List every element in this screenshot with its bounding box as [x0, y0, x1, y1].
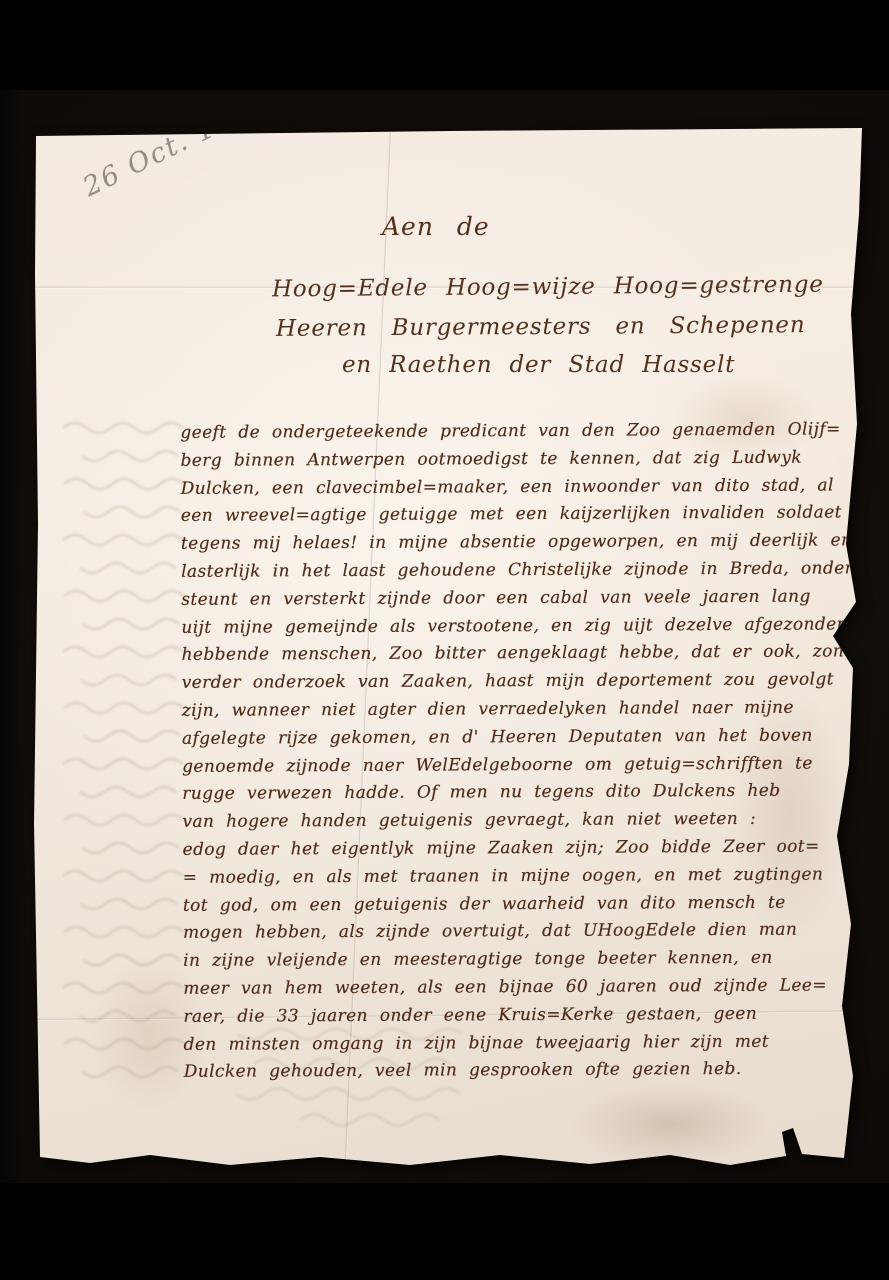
body-line: den minsten omgang in zijn bijnae tweeja… — [183, 1028, 873, 1059]
body-line: geeft de ondergeteekende predicant van d… — [180, 416, 870, 447]
salutation: Aen de — [382, 212, 490, 241]
body-line: meer van hem weeten, als een bijnae 60 j… — [183, 972, 873, 1003]
body-line: Dulcken gehouden, veel min gesprooken of… — [184, 1056, 874, 1087]
body-line: hebbende menschen, Zoo bitter aengeklaag… — [181, 639, 871, 670]
body-line: zijn, wanneer niet agter dien verraedely… — [182, 694, 872, 725]
body-line: lasterlijk in het laast gehoudene Christ… — [181, 555, 871, 586]
body-line: uijt mijne gemeijnde als verstootene, en… — [181, 611, 871, 642]
photo-frame: 26 Oct. 1774 Aen de Hoog=Edele Hoog=wijz… — [0, 0, 889, 1280]
body-line: mogen hebben, als zijnde overtuigt, dat … — [183, 917, 873, 948]
letter-body: geeft de ondergeteekende predicant van d… — [180, 416, 873, 1087]
body-line: edog daer het eigentlyk mijne Zaaken zij… — [182, 833, 872, 864]
address-line: Heeren Burgermeesters en Schepenen — [276, 312, 806, 342]
body-line: van hogere handen getuigenis gevraegt, k… — [182, 805, 872, 836]
body-line: rugge verwezen hadde. Of men nu tegens d… — [182, 778, 872, 809]
show-through-ghost-text — [48, 416, 188, 1106]
letter-paper-wrap: 26 Oct. 1774 Aen de Hoog=Edele Hoog=wijz… — [30, 124, 866, 1172]
body-line: genoemde zijnode naer WelEdelgeboorne om… — [182, 750, 872, 781]
body-line: steunt en versterkt zijnde door een caba… — [181, 583, 871, 614]
body-line: een wreevel=agtige getuigge met een kaij… — [181, 500, 871, 531]
body-line: = moedig, en als met traanen in mijne oo… — [183, 861, 873, 892]
body-line: berg binnen Antwerpen ootmoedigst te ken… — [180, 444, 870, 475]
body-line: verder onderzoek van Zaaken, haast mijn … — [182, 666, 872, 697]
body-line: tegens mij helaes! in mijne absentie opg… — [181, 527, 871, 558]
address-line: en Raethen der Stad Hasselt — [342, 352, 735, 378]
body-line: Dulcken, een clavecimbel=maaker, een inw… — [181, 472, 871, 503]
paper-stain — [570, 1084, 770, 1164]
body-line: afgelegte rijze gekomen, en d' Heeren De… — [182, 722, 872, 753]
letter-paper: 26 Oct. 1774 Aen de Hoog=Edele Hoog=wijz… — [30, 124, 866, 1172]
body-line: raer, die 33 jaaren onder eene Kruis=Ker… — [183, 1000, 873, 1031]
address-line: Hoog=Edele Hoog=wijze Hoog=gestrenge — [272, 272, 824, 303]
body-line: tot god, om een getuigenis der waarheid … — [183, 889, 873, 920]
body-line: in zijne vleijende en meesteragtige tong… — [183, 944, 873, 975]
